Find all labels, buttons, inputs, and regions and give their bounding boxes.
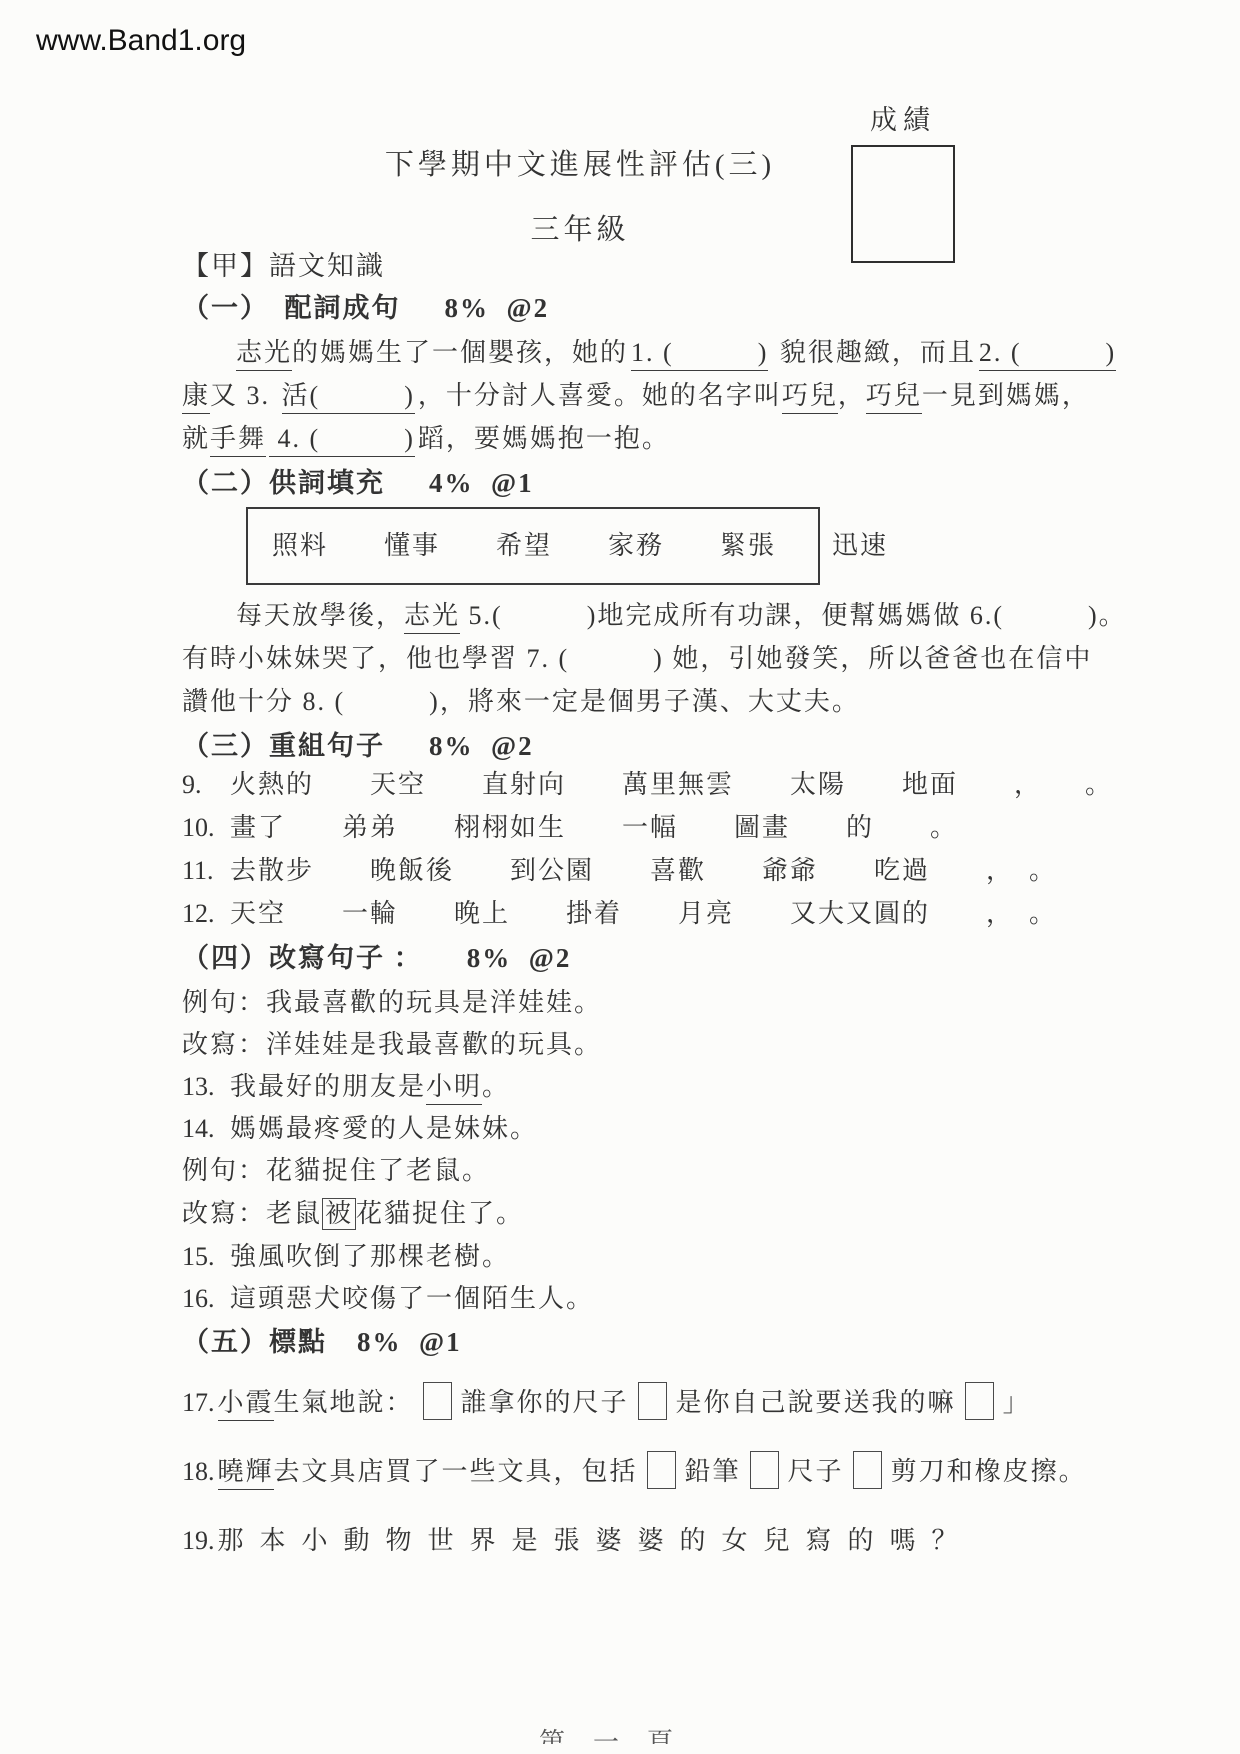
question-number: 10. (182, 813, 230, 843)
score-label: 成績 (848, 98, 958, 137)
section4-marks: 8% @2 (467, 943, 572, 973)
section5-marks: 8% @1 (357, 1327, 462, 1357)
char-kang: 康 (182, 381, 210, 414)
s1-line3: 就手舞 4. ( )蹈，要媽媽抱一抱。 (182, 424, 1127, 454)
section1-marks: 8% @2 (445, 293, 550, 323)
name-zhiguang-2: 志光 (404, 601, 460, 634)
word-shouwu: 手舞 (210, 424, 266, 457)
question-text: 媽媽最疼愛的人是妹妹。 (230, 1114, 538, 1143)
question-15: 15.強風吹倒了那棵老樹。 (182, 1242, 1127, 1272)
question-9: 9.火熱的 天空 直射向 萬里無雲 太陽 地面 ， 。 (182, 770, 1127, 800)
page-footer: 第一頁 (0, 1722, 1240, 1744)
question-text: 火熱的 天空 直射向 萬里無雲 太陽 地面 ， 。 (230, 770, 1113, 799)
example-sentence-2: 例句：花貓捉住了老鼠。 (182, 1156, 1127, 1186)
question-18: 18.曉輝去文具店買了一些文具，包括鉛筆尺子剪刀和橡皮擦。 (182, 1451, 1127, 1493)
blank-2: 2. ( ) (979, 338, 1116, 371)
question-17: 17.小霞生氣地說：誰拿你的尺子是你自己說要送我的嘛」 (182, 1382, 1127, 1424)
q18-text4: 剪刀和橡皮擦。 (891, 1457, 1087, 1486)
q17-text1: 生氣地說： (274, 1388, 414, 1417)
name-xiaohui: 曉輝 (218, 1457, 274, 1490)
punctuation-box (750, 1451, 779, 1489)
q17-text3: 是你自己說要送我的嘛 (676, 1388, 956, 1417)
s2-line1-text1: 每天放學後， (236, 601, 404, 630)
exam-page: www.Band1.org 成績 下學期中文進展性評估(三) 三年級 【甲】語文… (0, 0, 1240, 1754)
s1-line2-text1: 又 3. (210, 381, 279, 410)
q18-text1: 去文具店買了一些文具，包括 (274, 1457, 638, 1486)
question-number: 16. (182, 1284, 230, 1314)
content: 【甲】語文知識 （一） 配詞成句8% @2 志光的媽媽生了一個嬰孩，她的1. (… (182, 250, 1127, 1589)
question-text-end: 。 (482, 1072, 510, 1101)
question-19: 19.那本小動物世界是張婆婆的女兒寫的嗎？ (182, 1520, 1127, 1562)
name-qiaoer-1: 巧兒 (782, 381, 838, 414)
name-zhiguang: 志光 (236, 338, 292, 371)
section3-title: （三）重組句子 (182, 731, 385, 761)
q17-close-quote: 」 (1003, 1388, 1031, 1417)
question-number: 18. (182, 1457, 215, 1486)
question-16: 16.這頭惡犬咬傷了一個陌生人。 (182, 1284, 1127, 1314)
s1-line3-text1: 就 (182, 424, 210, 453)
question-number: 9. (182, 770, 230, 800)
blank-3: 活( ) (282, 381, 415, 414)
word-bank-words: 照料 懂事 希望 家務 緊張 迅速 (272, 531, 888, 560)
q17-text2: 誰拿你的尺子 (461, 1388, 629, 1417)
q18-text2: 鉛筆 (685, 1457, 741, 1486)
punctuation-box (423, 1382, 452, 1420)
question-number: 15. (182, 1242, 230, 1272)
question-text: 去散步 晚飯後 到公園 喜歡 爺爺 吃過 ， 。 (230, 856, 1057, 885)
page-title: 下學期中文進展性評估(三) (0, 142, 1160, 183)
question-11: 11.去散步 晚飯後 到公園 喜歡 爺爺 吃過 ， 。 (182, 856, 1127, 886)
s2-line3: 讚他十分 8. ( )，將來一定是個男子漢、大丈夫。 (182, 687, 1127, 717)
part-a-heading: 【甲】語文知識 (182, 250, 1127, 282)
question-number: 14. (182, 1114, 230, 1144)
question-number: 17. (182, 1388, 215, 1417)
s1-line2-text3: ， (838, 381, 866, 410)
section1-heading: （一） 配詞成句8% @2 (182, 292, 1127, 324)
name-xiaoming: 小明 (426, 1072, 482, 1105)
question-text: 那本小動物世界是張婆婆的女兒寫的嗎？ (218, 1526, 974, 1555)
s2-line1-text2: 5.( )地完成所有功課，便幫媽媽做 6.( )。 (460, 601, 1127, 630)
rewrite2-text1: 改寫：老鼠 (182, 1199, 322, 1228)
blank-1: 1. ( ) (631, 338, 768, 371)
boxed-character-bei: 被 (322, 1198, 356, 1230)
question-10: 10.畫了 弟弟 栩栩如生 一幅 圖畫 的 。 (182, 813, 1127, 843)
s1-line1-text1: 的媽媽生了一個嬰孩，她的 (292, 338, 628, 367)
section3-heading: （三）重組句子8% @2 (182, 730, 1127, 762)
s2-line1: 每天放學後，志光 5.( )地完成所有功課，便幫媽媽做 6.( )。 (182, 601, 1127, 631)
punctuation-box (638, 1382, 667, 1420)
s1-line2-text4: 一見到媽媽， (922, 381, 1090, 410)
section2-marks: 4% @1 (429, 468, 534, 498)
header: 下學期中文進展性評估(三) 三年級 (0, 142, 1160, 248)
s1-line2-text2: ，十分討人喜愛。她的名字叫 (418, 381, 782, 410)
rewrite-example-2: 改寫：老鼠被花貓捉住了。 (182, 1198, 1127, 1230)
word-bank-box: 照料 懂事 希望 家務 緊張 迅速 (246, 507, 820, 585)
rewrite-example-1: 改寫：洋娃娃是我最喜歡的玩具。 (182, 1030, 1127, 1060)
question-text: 天空 一輪 晚上 掛着 月亮 又大又圓的 ， 。 (230, 899, 1057, 928)
watermark: www.Band1.org (36, 24, 246, 58)
question-13: 13.我最好的朋友是小明。 (182, 1072, 1127, 1102)
name-qiaoer-2: 巧兒 (866, 381, 922, 414)
question-text: 畫了 弟弟 栩栩如生 一幅 圖畫 的 。 (230, 813, 958, 842)
q18-text3: 尺子 (788, 1457, 844, 1486)
section4-heading: （四）改寫句子 ：8% @2 (182, 942, 1127, 974)
blank-4: 4. ( ) (269, 424, 415, 457)
question-text: 強風吹倒了那棵老樹。 (230, 1242, 510, 1271)
grade-subtitle: 三年級 (0, 207, 1160, 248)
s1-line2: 康又 3. 活( )，十分討人喜愛。她的名字叫巧兒，巧兒一見到媽媽， (182, 381, 1127, 411)
s2-line2: 有時小妹妹哭了，他也學習 7. ( ) 她，引她發笑，所以爸爸也在信中 (182, 644, 1127, 674)
question-text: 這頭惡犬咬傷了一個陌生人。 (230, 1284, 594, 1313)
section1-title: （一） 配詞成句 (182, 293, 401, 323)
question-number: 11. (182, 856, 230, 886)
section4-title: （四）改寫句子 ： (182, 943, 423, 973)
section3-marks: 8% @2 (429, 731, 534, 761)
question-text: 我最好的朋友是 (230, 1072, 426, 1101)
section2-heading: （二）供詞填充4% @1 (182, 467, 1127, 499)
question-number: 13. (182, 1072, 230, 1102)
question-number: 19. (182, 1526, 215, 1555)
s1-line1: 志光的媽媽生了一個嬰孩，她的1. ( ) 貌很趣緻，而且2. ( ) (182, 338, 1127, 368)
rewrite2-text2: 花貓捉住了。 (356, 1199, 524, 1228)
section5-heading: （五）標點8% @1 (182, 1326, 1127, 1358)
name-xiaoxia: 小霞 (218, 1388, 274, 1421)
section5-title: （五）標點 (182, 1327, 327, 1357)
s1-line3-text2: 蹈，要媽媽抱一抱。 (418, 424, 670, 453)
s1-line1-text2: 貌很趣緻，而且 (771, 338, 976, 367)
punctuation-box (647, 1451, 676, 1489)
example-sentence-1: 例句：我最喜歡的玩具是洋娃娃。 (182, 988, 1127, 1018)
question-14: 14.媽媽最疼愛的人是妹妹。 (182, 1114, 1127, 1144)
question-number: 12. (182, 899, 230, 929)
section2-title: （二）供詞填充 (182, 468, 385, 498)
question-12: 12.天空 一輪 晚上 掛着 月亮 又大又圓的 ， 。 (182, 899, 1127, 929)
punctuation-box (853, 1451, 882, 1489)
punctuation-box (965, 1382, 994, 1420)
